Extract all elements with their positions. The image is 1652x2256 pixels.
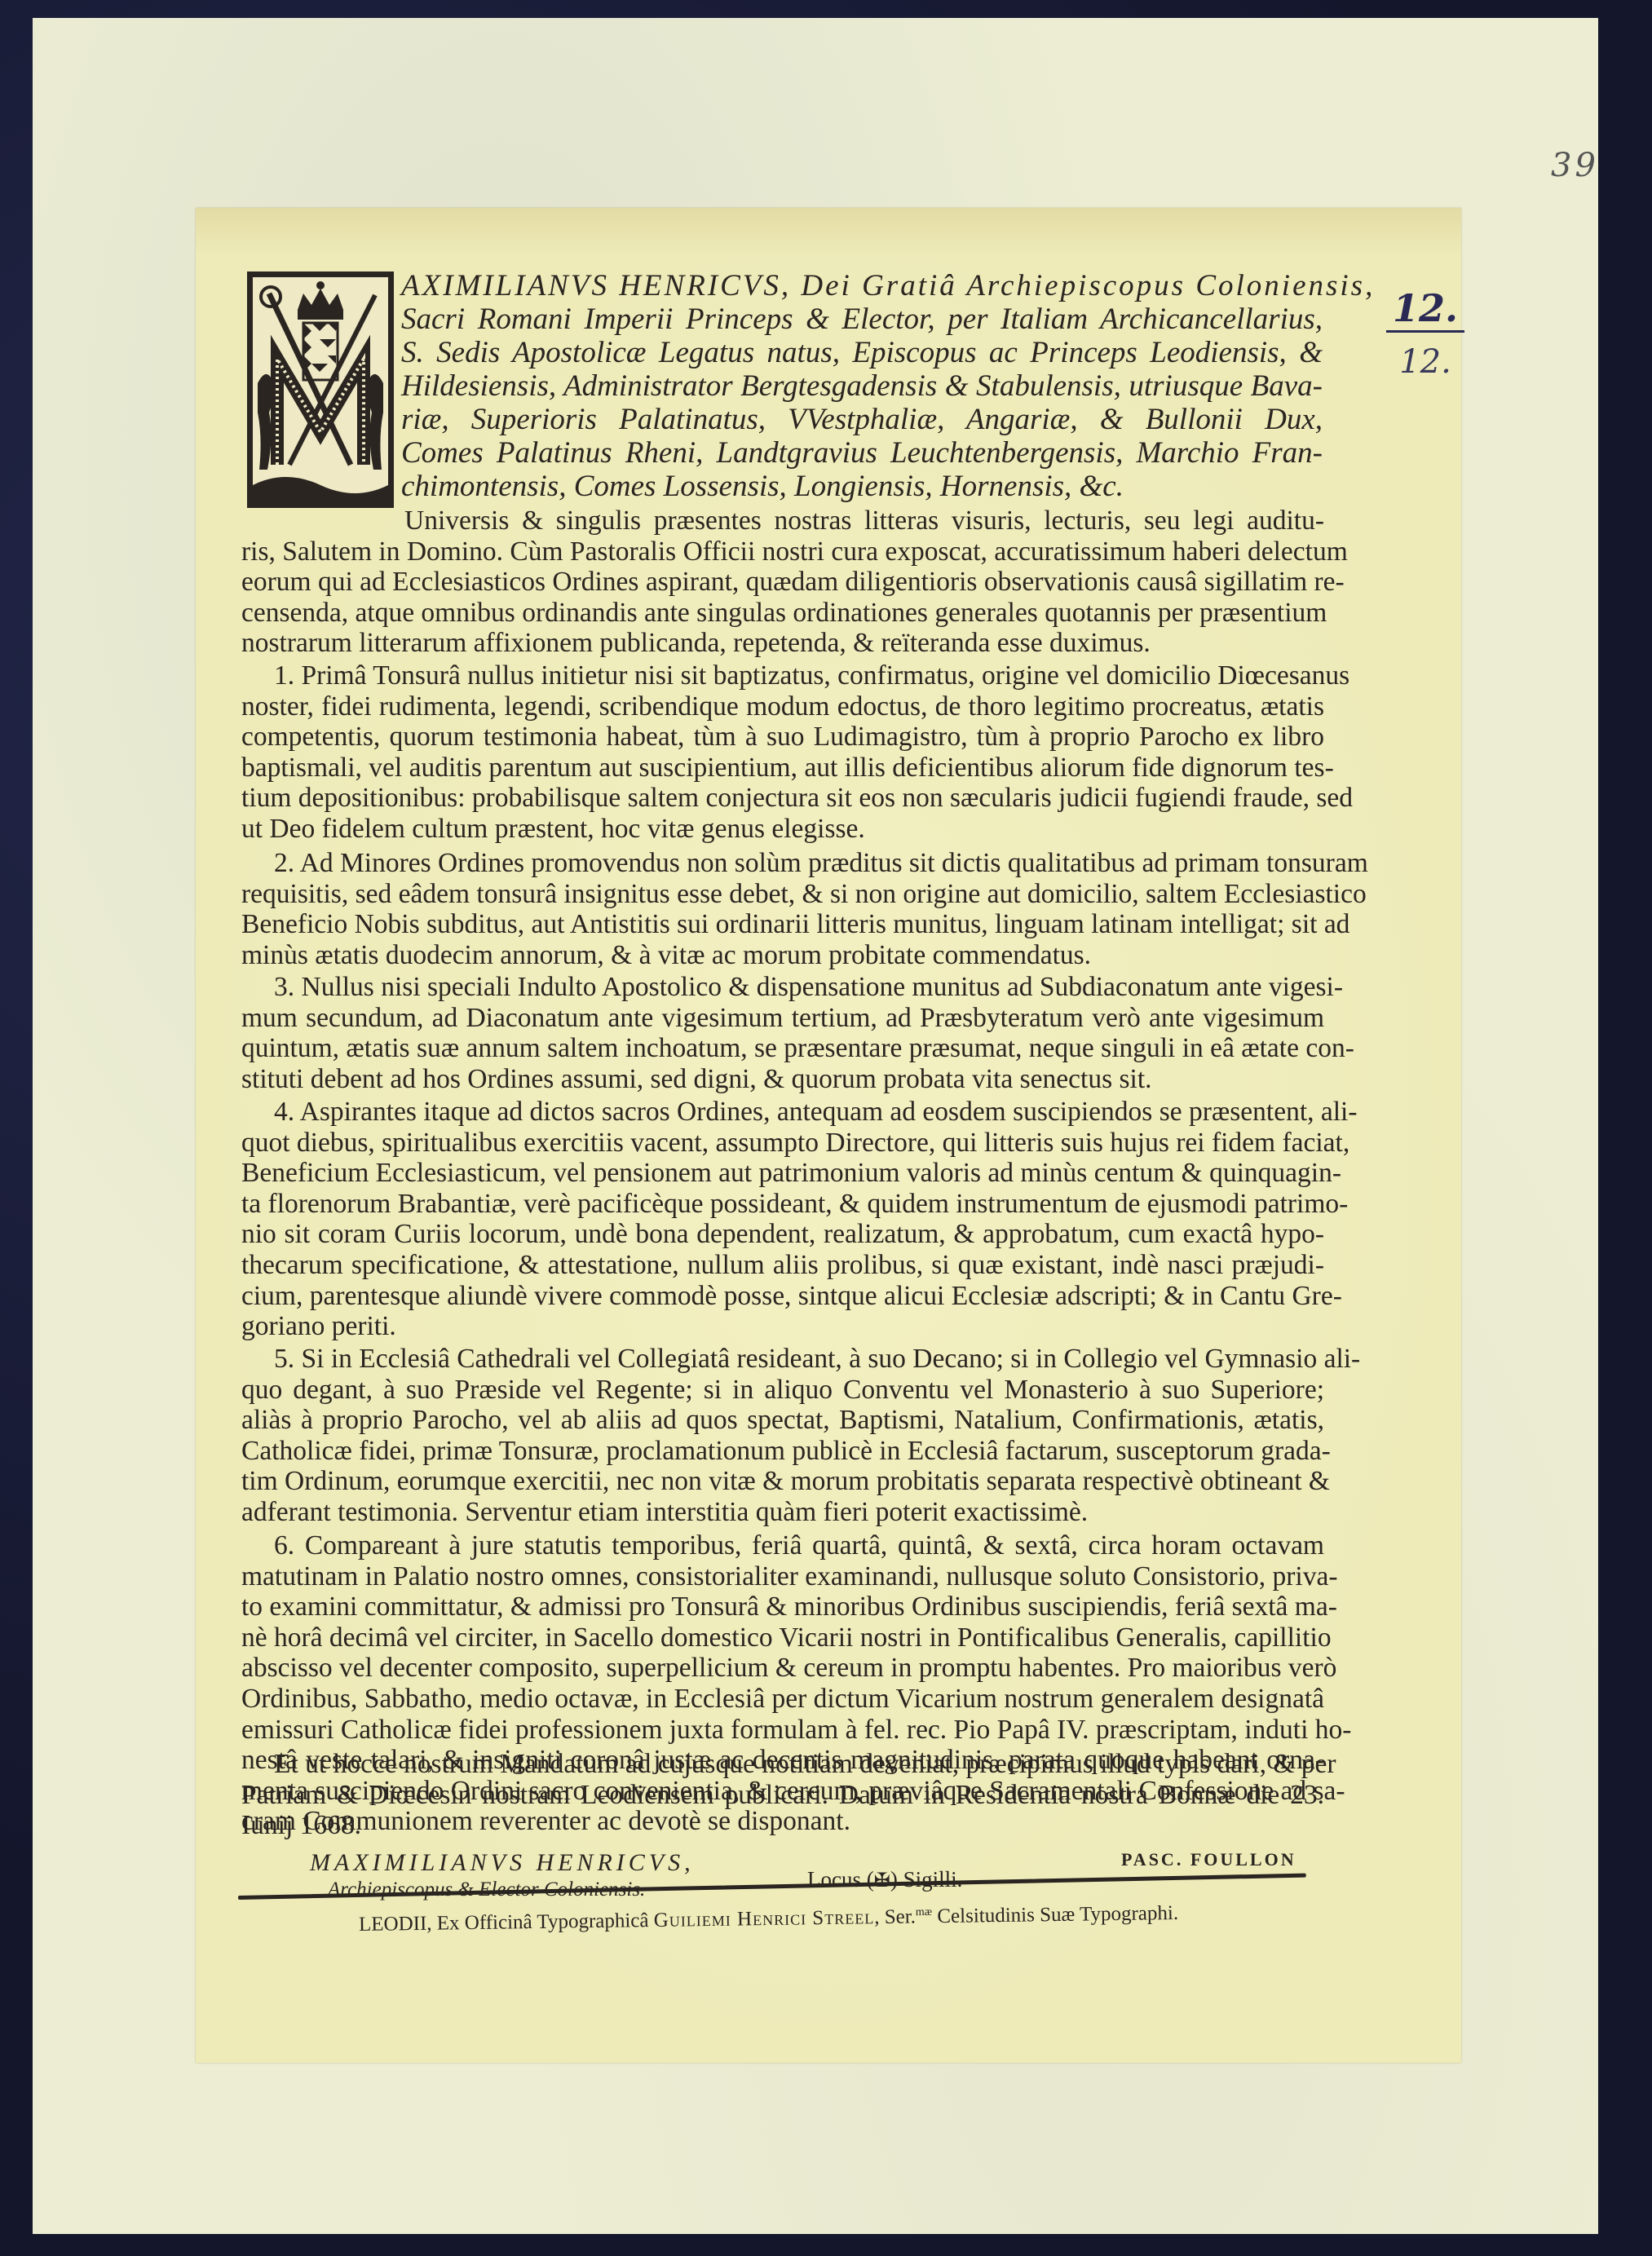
heading-line: Hildesiensis, Administrator Bergtesgaden…: [401, 369, 1323, 403]
preamble-line: nostrarum litterarum affixionem publican…: [241, 628, 1324, 659]
article-2: 2. Ad Minores Ordines promovendus non so…: [241, 848, 1324, 970]
imprint-city: LEODII,: [359, 1913, 432, 1936]
seal-suffix: ) Sigilli.: [890, 1867, 963, 1892]
imprint-text: Ex Officinâ Typographicâ: [437, 1909, 649, 1935]
article-line: matutinam in Palatio nostro omnes, consi…: [241, 1561, 1324, 1592]
article-line: Beneficio Nobis subditus, aut Antistitis…: [241, 909, 1324, 940]
article-line: Beneficium Ecclesiasticum, vel pensionem…: [241, 1158, 1324, 1189]
decorated-initial-icon: [253, 277, 388, 502]
article-line: quot diebus, spiritualibus exercitiis va…: [241, 1128, 1324, 1159]
closing-line: Iunij 1668.: [241, 1810, 1324, 1841]
article-line: tium depositionibus: probabilisque salte…: [241, 783, 1324, 814]
article-line: Catholicæ fidei, primæ Tonsuræ, proclama…: [241, 1436, 1324, 1467]
imprint-superscript: mæ: [916, 1906, 932, 1918]
article-line: adferant testimonia. Serventur etiam int…: [241, 1497, 1324, 1528]
article-5: 5. Si in Ecclesiâ Cathedrali vel Collegi…: [241, 1344, 1324, 1528]
article-line: 3. Nullus nisi speciali Indulto Apostoli…: [241, 972, 1324, 1003]
margin-note-top: 12.: [1386, 289, 1464, 333]
article-line: ut Deo fidelem cultum præstent, hoc vitæ…: [241, 814, 1324, 845]
preamble-line: censenda, atque omnibus ordinandis ante …: [241, 598, 1324, 629]
article-line: 2. Ad Minores Ordines promovendus non so…: [241, 848, 1324, 879]
article-4: 4. Aspirantes itaque ad dictos sacros Or…: [241, 1097, 1324, 1342]
preamble-line: ris, Salutem in Domino. Cùm Pastoralis O…: [241, 536, 1324, 567]
handwritten-margin-note: 12. 12.: [1386, 289, 1464, 378]
imprint-printer: Guiliemi Henrici Streel: [654, 1906, 875, 1932]
article-line: stituti debent ad hos Ordines assumi, se…: [241, 1064, 1324, 1095]
cross-icon: ✠: [874, 1869, 890, 1892]
imprint-text: Celsitudinis Suæ Typographi.: [932, 1902, 1178, 1927]
preamble-line: eorum qui ad Ecclesiasticos Ordines aspi…: [241, 567, 1324, 598]
imprint-text: , Ser.: [874, 1905, 916, 1928]
shelfmark-number: 39: [1551, 147, 1599, 184]
seal-location: Locus (✠) Sigilli.: [807, 1867, 962, 1892]
article-line: mum secundum, ad Diaconatum ante vigesim…: [241, 1003, 1324, 1034]
heading-titles: AXIMILIANVS HENRICVS, Dei Gratiâ Archiep…: [401, 269, 1323, 503]
seal-prefix: Locus (: [807, 1867, 874, 1892]
article-line: goriano periti.: [241, 1311, 1324, 1342]
preamble: Universis & singulis præsentes nostras l…: [241, 506, 1324, 659]
article-line: 5. Si in Ecclesiâ Cathedrali vel Collegi…: [241, 1344, 1324, 1375]
heading-line: riæ, Superioris Palatinatus, VVestphaliæ…: [401, 403, 1323, 436]
article-line: to examini committatur, & admissi pro To…: [241, 1592, 1324, 1622]
article-line: competentis, quorum testimonia habeat, t…: [241, 722, 1324, 753]
article-line: 6. Compareant à jure statutis temporibus…: [241, 1530, 1324, 1561]
closing-line: Patriam & Diœcesin nostram Leodiensem pu…: [241, 1780, 1324, 1811]
article-line: 1. Primâ Tonsurâ nullus initietur nisi s…: [241, 660, 1324, 691]
article-line: aliàs à proprio Parocho, vel ab aliis ad…: [241, 1405, 1324, 1436]
article-line: emissuri Catholicæ fidei professionem ju…: [241, 1715, 1324, 1746]
article-line: abscisso vel decenter composito, superpe…: [241, 1653, 1324, 1684]
heading-line: S. Sedis Apostolicæ Legatus natus, Episc…: [401, 336, 1323, 369]
article-line: minùs ætatis duodecim annorum, & à vitæ …: [241, 940, 1324, 971]
article-line: baptismali, vel auditis parentum aut sus…: [241, 753, 1324, 784]
countersignature: PASC. FOULLON: [1121, 1849, 1296, 1870]
article-line: noster, fidei rudimenta, legendi, scribe…: [241, 691, 1324, 722]
article-line: tim Ordinum, eorumque exercitii, nec non…: [241, 1466, 1324, 1497]
heading-line: chimontensis, Comes Lossensis, Longiensi…: [401, 470, 1323, 503]
article-line: quo degant, à suo Præside vel Regente; s…: [241, 1375, 1324, 1406]
preamble-line: Universis & singulis præsentes nostras l…: [241, 506, 1324, 536]
signature-name: MAXIMILIANVS HENRICVS,: [310, 1849, 695, 1877]
article-line: nio sit coram Curiis locorum, undè bona …: [241, 1219, 1324, 1250]
heading-line: AXIMILIANVS HENRICVS, Dei Gratiâ Archiep…: [401, 269, 1323, 302]
closing-paragraph: Et ut hocce nostrum Mandatum ad cujusque…: [241, 1749, 1324, 1841]
article-line: requisitis, sed eâdem tonsurâ insignitus…: [241, 879, 1324, 910]
article-line: ta florenorum Brabantiæ, verè pacificèqu…: [241, 1189, 1324, 1220]
closing-line: Et ut hocce nostrum Mandatum ad cujusque…: [241, 1749, 1324, 1780]
margin-note-bottom: 12.: [1386, 346, 1464, 378]
article-line: thecarum specificatione, & attestatione,…: [241, 1250, 1324, 1281]
article-line: Ordinibus, Sabbatho, medio octavæ, in Ec…: [241, 1684, 1324, 1715]
woodcut-initial-m: [247, 272, 394, 508]
article-line: 4. Aspirantes itaque ad dictos sacros Or…: [241, 1097, 1324, 1128]
heading-line: Comes Palatinus Rheni, Landtgravius Leuc…: [401, 436, 1323, 470]
article-3: 3. Nullus nisi speciali Indulto Apostoli…: [241, 972, 1324, 1094]
article-line: quintum, ætatis suæ annum saltem inchoat…: [241, 1033, 1324, 1064]
article-line: cium, parentesque aliundè vivere commodè…: [241, 1281, 1324, 1312]
article-line: nè horâ decimâ vel circiter, in Sacello …: [241, 1622, 1324, 1653]
heading-line: Sacri Romani Imperii Princeps & Elector,…: [401, 302, 1323, 336]
article-1: 1. Primâ Tonsurâ nullus initietur nisi s…: [241, 660, 1324, 845]
